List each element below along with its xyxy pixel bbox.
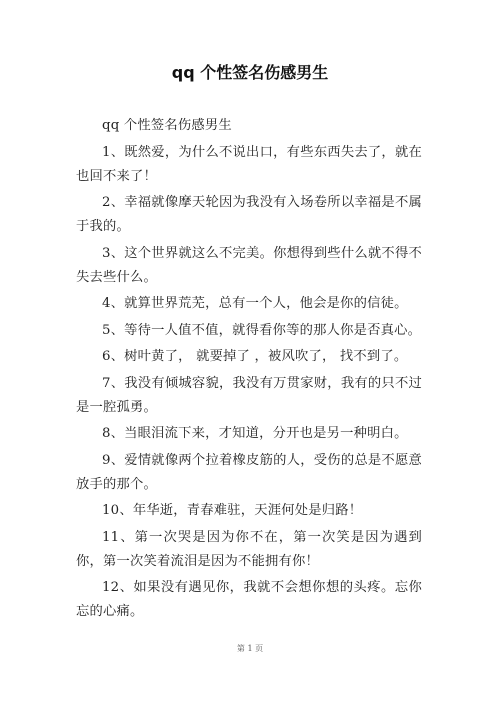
paragraph-item-4: 4、就算世界荒芜，总有一个人，他会是你的信徒。 — [76, 292, 422, 316]
paragraph-item-3: 3、这个世界就这么不完美。你想得到些什么就不得不失去些什么。 — [76, 242, 422, 290]
paragraph-item-5: 5、等待一人值不值，就得看你等的那人你是否真心。 — [76, 319, 422, 343]
paragraph-item-10: 10、年华逝，青春难驻，天涯何处是归路！ — [76, 499, 422, 523]
paragraph-item-12: 12、如果没有遇见你，我就不会想你想的头疼。忘你忘的心痛。 — [76, 576, 422, 624]
paragraph-item-11: 11、第一次哭是因为你不在，第一次笑是因为遇到你，第一次笑着流泪是因为不能拥有你… — [76, 526, 422, 574]
paragraph-item-7: 7、我没有倾城容貌，我没有万贯家财，我有的只不过是一腔孤勇。 — [76, 372, 422, 420]
paragraph-item-2: 2、幸福就像摩天轮因为我没有入场卷所以幸福是不属于我的。 — [76, 191, 422, 239]
paragraph-item-1: 1、既然爱，为什么不说出口，有些东西失去了，就在也回不来了！ — [76, 141, 422, 189]
paragraph-intro: qq 个性签名伤感男生 — [76, 114, 422, 138]
paragraph-item-6: 6、树叶黄了， 就要掉了 ，被风吹了， 找不到了。 — [76, 345, 422, 369]
document-page: qq 个性签名伤感男生 qq 个性签名伤感男生 1、既然爱，为什么不说出口，有些… — [0, 0, 500, 708]
document-title: qq 个性签名伤感男生 — [0, 62, 500, 84]
document-body: qq 个性签名伤感男生 1、既然爱，为什么不说出口，有些东西失去了，就在也回不来… — [76, 114, 422, 627]
page-number: 第 1 页 — [0, 643, 500, 655]
paragraph-item-8: 8、当眼泪流下来，才知道，分开也是另一种明白。 — [76, 422, 422, 446]
paragraph-item-9: 9、爱情就像两个拉着橡皮筋的人，受伤的总是不愿意放手的那个。 — [76, 449, 422, 497]
